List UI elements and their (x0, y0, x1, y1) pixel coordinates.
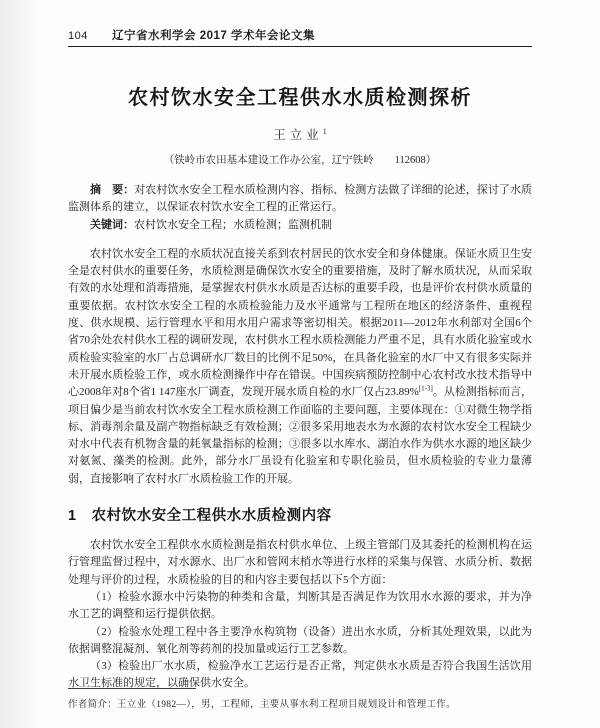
proceedings-title: 辽宁省水利学会 2017 学术年会论文集 (112, 27, 315, 43)
author-bio-footnote: 作者简介：王立业（1982—），男，工程师，主要从事水利工程项目规划设计和管理工… (68, 696, 532, 710)
header-rule (68, 46, 532, 47)
intro-text-after-citation: 。从检测指标而言，项目偏少是当前农村饮水安全工程水质检测工作面临的主要问题，主要… (68, 386, 532, 484)
footnote-area: 作者简介：王立业（1982—），男，工程师，主要从事水利工程项目规划设计和管理工… (68, 688, 532, 710)
section-1-item-2: （2）检验水处理工程中各主要净水构筑物（设备）进出水水质，分析其处理效果，以此为… (68, 624, 532, 659)
keywords-line: 关键词：农村饮水安全工程；水质检测；监测机制 (68, 217, 532, 234)
citation-superscript: [1-3] (419, 385, 433, 393)
footnote-rule (68, 688, 196, 689)
paper-page: 104 辽宁省水利学会 2017 学术年会论文集 农村饮水安全工程供水水质检测探… (68, 0, 532, 728)
author-affiliation-sup: 1 (323, 127, 327, 136)
article-title: 农村饮水安全工程供水水质检测探析 (68, 81, 532, 110)
keywords-text: 农村饮水安全工程；水质检测；监测机制 (134, 219, 332, 231)
section-1-paragraph: 农村饮水安全工程供水水质检测是指农村供水单位、上级主管部门及其委托的检测机构在运… (68, 537, 532, 589)
section-1-item-1: （1）检验水源水中污染物的种类和含量，判断其是否满足作为饮用水水源的要求，并为净… (68, 589, 532, 624)
keywords-label: 关键词： (90, 219, 134, 231)
author-name: 王立业 (273, 128, 323, 142)
author-line: 王立业1 (68, 125, 532, 143)
page-edge-shadow (0, 0, 42, 728)
section-1-title: 农村饮水安全工程供水水质检测内容 (92, 508, 332, 524)
abstract-paragraph: 摘 要：对农村饮水安全工程水质检测内容、指标、检测方法做了详细的论述，探讨了水质… (68, 182, 532, 217)
running-head: 104 辽宁省水利学会 2017 学术年会论文集 (68, 0, 532, 43)
abstract-label: 摘 要： (90, 184, 134, 196)
intro-text-before-citation: 农村饮水安全工程的水质状况直接关系到农村居民的饮水安全和身体健康。保证水质卫生安… (68, 248, 532, 398)
abstract-text: 对农村饮水安全工程水质检测内容、指标、检测方法做了详细的论述，探讨了水质监测体系… (68, 184, 532, 213)
section-1-heading: 1农村饮水安全工程供水水质检测内容 (68, 504, 532, 525)
introduction-paragraph: 农村饮水安全工程的水质状况直接关系到农村居民的饮水安全和身体健康。保证水质卫生安… (68, 246, 532, 488)
section-1-number: 1 (68, 508, 77, 524)
page-number: 104 (68, 30, 112, 42)
affiliation-line: （铁岭市农田基本建设工作办公室，辽宁铁岭 112608） (68, 152, 532, 167)
